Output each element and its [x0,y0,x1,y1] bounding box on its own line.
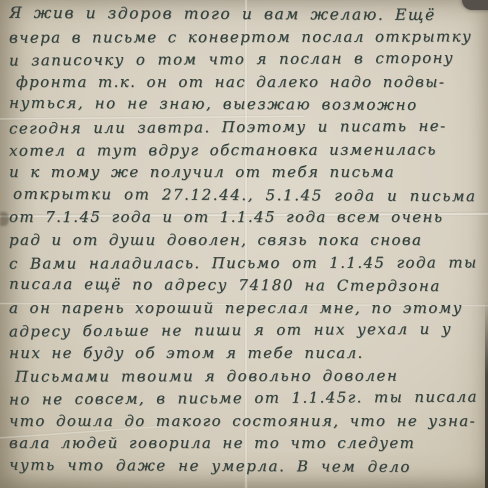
letter-line: открытки от 27.12.44., 5.1.45 года и пис… [9,183,484,208]
letter-line: и записочку о том что я послан в сторону [9,47,484,72]
letter-line: а он парень хороший переслал мне, по это… [9,297,484,320]
letter-line: писала ещё по адресу 74180 на Стердзона [9,273,484,298]
letter-text: Я жив и здоров того и вам желаю. Ещёвчер… [0,0,488,488]
letter-line: чуть что даже не умерла. В чем дело [9,454,484,479]
letter-line: от 7.1.45 года и от 1.1.45 года всем оче… [9,206,484,229]
letter-line: сегодня или завтра. Поэтому и писать не- [9,115,484,140]
letter-line: них не буду об этом я тебе писал. [9,342,484,365]
backdrop-corner-top-right [462,0,488,10]
letter-line: Письмами твоими я довольно доволен [9,364,484,388]
letter-line: и к тому же получил от тебя письма [9,161,484,184]
letter-page: Я жив и здоров того и вам желаю. Ещёвчер… [0,0,488,488]
letter-line: адресу больше не пиши я от них уехал и у [9,318,484,343]
letter-photo: Я жив и здоров того и вам желаю. Ещёвчер… [0,0,488,488]
letter-line: вала людей говорила не то что следует [9,432,484,455]
letter-line: но не совсем, в письме от 1.1.45г. ты пи… [9,386,484,411]
letter-line: рад и от души доволен, связь пока снова [9,229,484,252]
letter-line: фронта т.к. он от нас далеко надо подвы- [9,71,484,94]
letter-line: с Вами наладилась. Письмо от 1.1.45 года… [9,251,484,275]
letter-line: Я жив и здоров того и вам желаю. Ещё [9,2,484,27]
letter-line: нуться, но не знаю, выезжаю возможно [9,92,484,117]
letter-line: хотел а тут вдруг обстановка изменилась [9,138,484,162]
letter-line: вчера в письме с конвертом послал открыт… [9,25,484,49]
letter-line: что дошла до такого состояния, что не уз… [9,410,484,433]
